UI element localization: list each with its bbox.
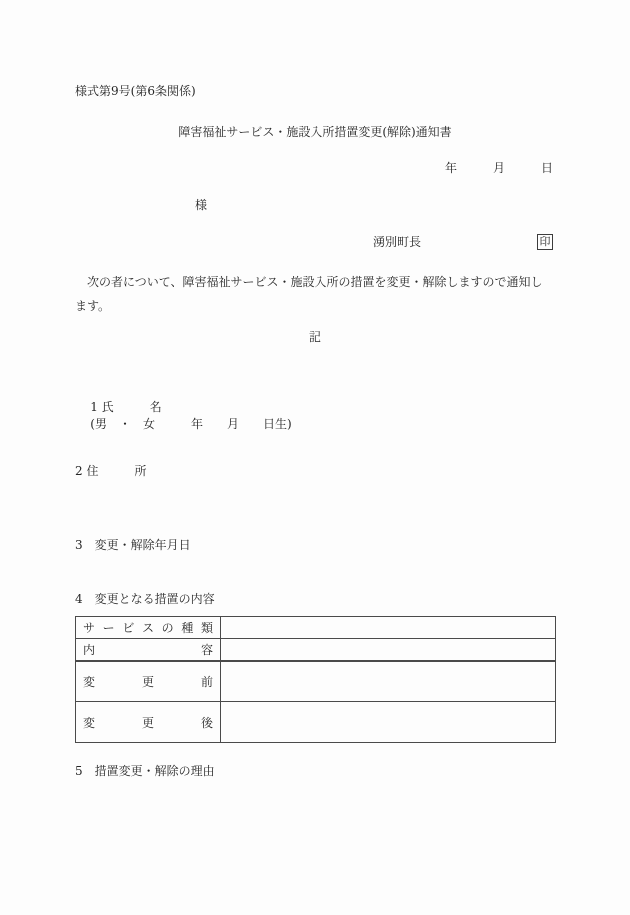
- row-value-service-type: [221, 617, 556, 639]
- row-value-after-change: [221, 702, 556, 743]
- row-header-service-type: サービスの種類: [76, 617, 221, 639]
- item-reason-line: 5 措置変更・解除の理由: [75, 762, 215, 779]
- item-measure-content-line: 4 変更となる措置の内容: [75, 590, 215, 607]
- row-header-content: 内容: [76, 639, 221, 661]
- row-header-after-change: 変更後: [76, 702, 221, 743]
- document-title: 障害福祉サービス・施設入所措置変更(解除)通知書: [0, 123, 630, 140]
- issuer-line: 湧別町長 印: [75, 233, 553, 250]
- item-name-label: 1 氏 名: [90, 398, 323, 415]
- document-page: 様式第9号(第6条関係) 障害福祉サービス・施設入所措置変更(解除)通知書 年 …: [0, 0, 630, 915]
- record-marker: 記: [0, 328, 630, 345]
- addressee-honorific: 様: [195, 196, 207, 213]
- table-row-content: 内容: [76, 639, 556, 661]
- table-row-after-change: 変更後: [76, 702, 556, 743]
- row-value-before-change: [221, 661, 556, 702]
- form-number: 様式第9号(第6条関係): [75, 82, 196, 99]
- table-row-service-type: サービスの種類: [76, 617, 556, 639]
- item-name-line: 1 氏 名 (男 ・ 女 年 月 日生): [75, 384, 323, 446]
- item-name-gender-birthdate-note: (男 ・ 女 年 月 日生): [90, 417, 291, 431]
- body-paragraph: 次の者について、障害福祉サービス・施設入所の措置を変更・解除しますので通知します…: [75, 270, 553, 318]
- seal-stamp-box: 印: [537, 234, 553, 250]
- measure-table: サービスの種類 内容 変更前 変更後: [75, 616, 556, 743]
- table-row-before-change: 変更前: [76, 661, 556, 702]
- row-header-before-change: 変更前: [76, 661, 221, 702]
- issuer-name: 湧別町長: [373, 233, 421, 250]
- item-address-line: 2 住 所: [75, 462, 146, 479]
- issue-date-line: 年 月 日: [75, 159, 553, 176]
- item-change-date-line: 3 変更・解除年月日: [75, 536, 191, 553]
- row-value-content: [221, 639, 556, 661]
